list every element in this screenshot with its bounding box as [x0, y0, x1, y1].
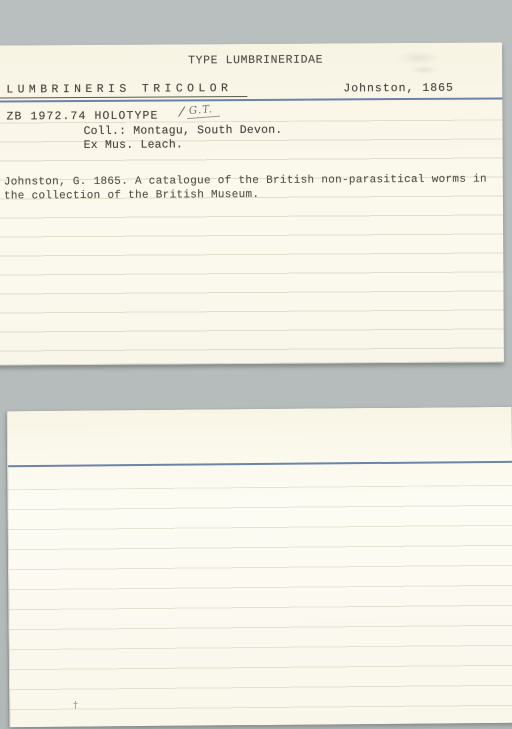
ruled-lines — [0, 119, 504, 364]
annotation-slash-stroke: / — [177, 105, 186, 122]
pencil-mark: † — [73, 701, 78, 711]
ruled-lines — [8, 485, 512, 727]
reference-citation: Johnston, G. 1865. A catalogue of the Br… — [4, 172, 500, 203]
author-citation: Johnston, 1865 — [343, 83, 454, 96]
registration-number: ZB 1972.74 HOLOTYPE — [6, 111, 158, 124]
collector-line: Coll.: Montagu, South Devon. — [84, 125, 283, 138]
handwritten-annotation: /G.T. — [177, 99, 220, 120]
smudge-mark — [409, 65, 439, 75]
species-name: LUMBRINERIS TRICOLOR — [6, 83, 232, 96]
index-card-top: TYPE LUMBRINERIDAE LUMBRINERIS TRICOLOR … — [0, 42, 504, 365]
scanned-document: TYPE LUMBRINERIDAE LUMBRINERIS TRICOLOR … — [0, 0, 512, 729]
header-rule-line — [8, 461, 512, 467]
index-card-bottom: † — [7, 407, 512, 727]
ex-museum-line: Ex Mus. Leach. — [84, 139, 183, 152]
annotation-initials: G.T. — [186, 103, 219, 119]
header-rule-line — [0, 97, 502, 102]
species-underline — [0, 96, 247, 99]
